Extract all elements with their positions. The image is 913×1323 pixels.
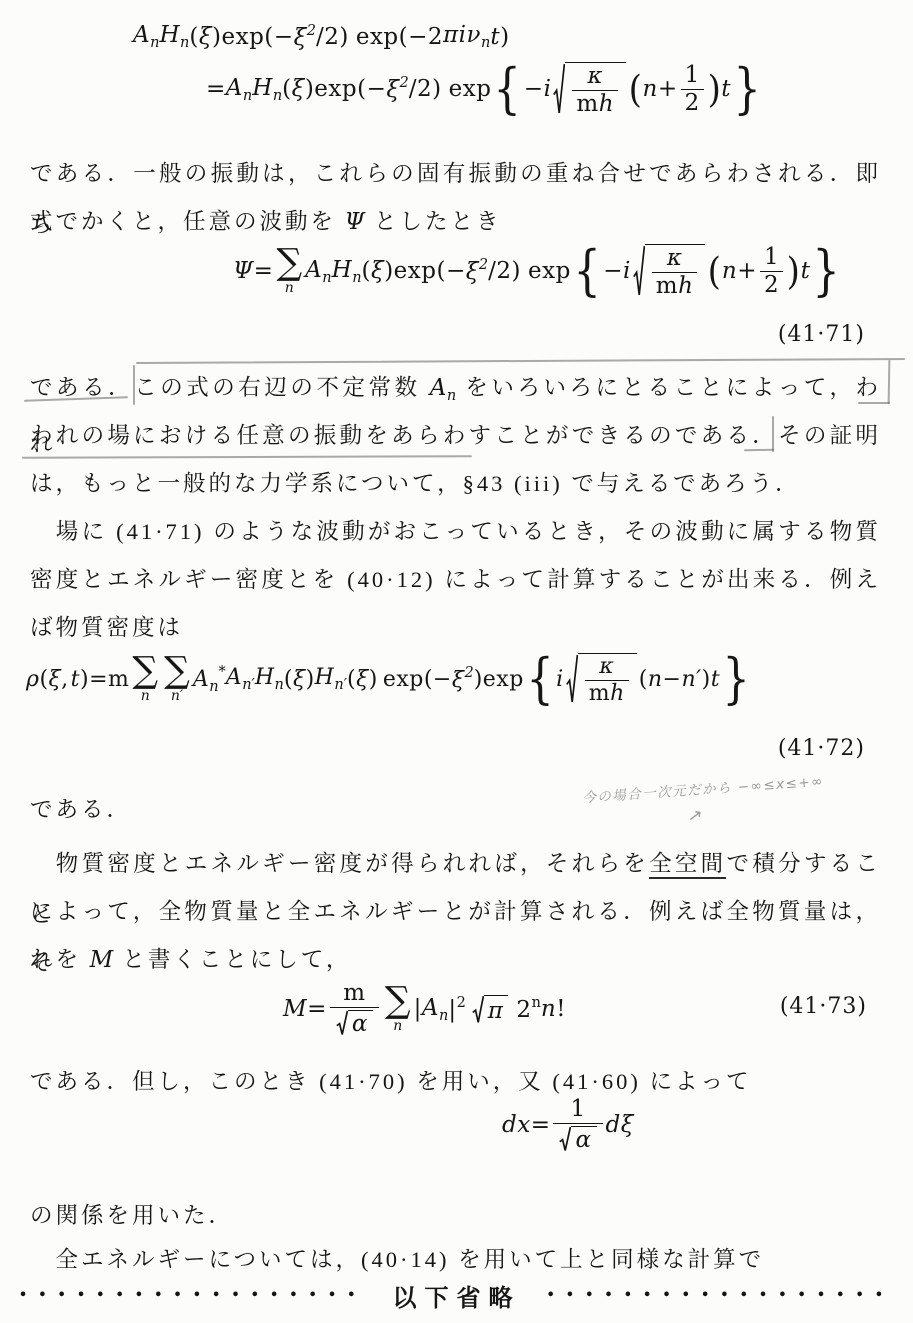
sum-index: n — [285, 281, 294, 295]
sum-index: n′ — [171, 689, 183, 703]
math-roman: )exp(− — [384, 258, 466, 284]
omitted-line: ••••••••••••••••••以下省略•••••••••••••••••• — [0, 1278, 913, 1313]
math-italic: κ — [599, 656, 614, 678]
delimiter: { — [494, 62, 521, 116]
square-root: π — [472, 995, 509, 1024]
jp-text: 式でかくと，任意の波動を — [30, 209, 345, 234]
math-sup: 2 — [400, 75, 409, 91]
fraction: 1α — [553, 1098, 602, 1152]
jp-text: である． — [30, 797, 132, 822]
math-sub: n′ — [334, 677, 347, 693]
eq-41-73: M=mα∑n|An|2π2nn! — [283, 982, 566, 1036]
math-roman: m — [589, 683, 610, 705]
paragraph-6: である．但し，このとき (41·70) を用い，又 (41·60) によって — [30, 1058, 881, 1106]
math-italic: n — [648, 667, 663, 692]
radicand: π — [484, 995, 509, 1024]
numerator: κ — [585, 656, 629, 681]
fraction: κmh — [572, 65, 618, 116]
eq-41-72: ρ(ξ,t)=m∑n∑n′An*An′Hn(ξ)Hn′(ξ)exp(−ξ2)ex… — [26, 652, 752, 706]
text-line: は，もっと一般的な力学系について，§43 (iii) で与えるであろう． — [30, 460, 881, 508]
math-roman: = — [206, 76, 226, 102]
pencil-mark — [888, 360, 891, 404]
eq-41-71: Ψ=∑nAnHn(ξ)exp(−ξ2/2)exp{−iκmh(n+12)t} — [233, 244, 843, 298]
math-italic: Hn — [255, 665, 284, 693]
math-roman: |2 — [448, 995, 465, 1023]
delimiter: } — [813, 244, 840, 298]
math-roman: ( — [362, 258, 371, 284]
text-line: われの場における任意の振動をあらわすことができるのである．その証明 — [30, 412, 881, 460]
pencil-mark — [858, 402, 890, 404]
math-italic: Ψ — [345, 209, 366, 235]
text-line: 式でかくと，任意の波動を Ψ としたとき — [30, 198, 881, 246]
math-italic: ξ2 — [294, 23, 316, 51]
math-roman: 2n — [516, 995, 540, 1023]
math-roman: ( — [282, 76, 291, 102]
jp-text: 密度とエネルギー密度とを (40·12) によって計算することが出来る．例え — [30, 567, 881, 592]
numerator: κ — [652, 247, 698, 273]
jp-text: は，もっと一般的な力学系について，§43 (iii) で与えるであろう． — [30, 471, 801, 496]
math-roman: /2) — [409, 76, 442, 102]
math-sup: * — [219, 664, 226, 680]
radicand: κmh — [645, 244, 706, 298]
math-italic: An — [422, 995, 448, 1024]
sum-index: n — [141, 689, 150, 703]
scan-page: AnHn(ξ)exp(−ξ2/2)exp(−2πiνnt)=AnHn(ξ)exp… — [0, 0, 913, 1323]
eq-top-line1: AnHn(ξ)exp(−ξ2/2)exp(−2πiνnt) — [133, 22, 510, 51]
denominator: mh — [572, 91, 618, 116]
math-italic: ξ — [49, 667, 62, 692]
text-line: 物質密度とエネルギー密度が得られれば，それらを全空間で積分すること — [30, 840, 881, 888]
eq-top-line2: =AnHn(ξ)exp(−ξ2/2)exp{−iκmh(n+12)t} — [206, 62, 763, 116]
radical-icon — [559, 1126, 571, 1152]
math-italic: n — [541, 996, 556, 1022]
math-sub: n — [322, 270, 331, 286]
square-root: κmh — [566, 653, 637, 705]
delimiter: { — [526, 652, 553, 706]
math-roman: 1 — [685, 64, 700, 87]
numerator: 1 — [553, 1098, 602, 1124]
math-sub: n — [352, 270, 361, 286]
jp-text: の関係を用いた． — [30, 1203, 234, 1228]
text-line: ば物質密度は — [30, 604, 881, 652]
radical-icon — [566, 653, 578, 705]
math-italic: t — [490, 24, 500, 50]
math-roman: − — [663, 667, 682, 692]
jp-text: としたとき — [365, 209, 501, 234]
fraction: κmh — [585, 656, 629, 705]
paragraph-8: 全エネルギーについては，(40·14) を用いて上と同様な計算で — [30, 1236, 881, 1284]
denominator: α — [330, 1008, 379, 1036]
math-italic: t — [711, 667, 720, 692]
math-roman: 1 — [570, 1098, 585, 1121]
paragraph-2: である．この式の右辺の不定常数 An をいろいろにとることによって，われわれの場… — [30, 364, 881, 508]
eqnum-41-71: (41·71) — [778, 322, 865, 347]
text-line: 全エネルギーについては，(40·14) を用いて上と同様な計算で — [30, 1236, 881, 1284]
math-italic: h — [599, 93, 614, 116]
summation: ∑n′ — [164, 655, 190, 702]
math-sub: n — [481, 35, 490, 51]
math-italic: π — [488, 998, 504, 1024]
radical-icon — [553, 62, 565, 116]
math-italic: κ — [667, 247, 683, 270]
math-italic: i — [623, 258, 631, 284]
math-roman: /2) — [316, 24, 349, 50]
pencil-mark — [133, 365, 135, 405]
math-roman: m — [343, 982, 365, 1005]
math-sub: n — [209, 679, 218, 695]
math-roman: m — [576, 93, 598, 116]
dots-left: •••••••••••••••••• — [19, 1288, 367, 1303]
denominator: 2 — [681, 90, 704, 115]
paragraph-1: である．一般の振動は，これらの固有振動の重ね合せであらわされる．即ち式でかくと，… — [30, 150, 881, 246]
delimiter: ) — [787, 253, 800, 290]
square-root: α — [336, 1010, 373, 1036]
math-roman: = — [307, 996, 327, 1022]
math-roman: ) — [500, 24, 509, 50]
math-roman: )exp — [474, 667, 524, 692]
summation: ∑n — [385, 985, 411, 1032]
math-italic: M — [283, 996, 307, 1022]
text-line: である．この式の右辺の不定常数 An をいろいろにとることによって，われ — [30, 364, 881, 412]
math-italic: πiνn — [443, 22, 490, 51]
delimiter: { — [573, 244, 600, 298]
math-italic: Hn — [332, 257, 362, 286]
math-italic: ξ2 — [386, 75, 408, 103]
eq-dx: dx=1αdξ — [502, 1098, 634, 1152]
math-roman: ) — [306, 667, 315, 692]
math-roman: ( — [639, 667, 648, 692]
math-roman: ! — [556, 996, 566, 1022]
math-sub: n — [243, 88, 252, 104]
square-root: κmh — [633, 244, 706, 298]
text-line: 密度とエネルギー密度とを (40·12) によって計算することが出来る．例え — [30, 556, 881, 604]
sigma-glyph: ∑ — [132, 655, 158, 687]
jp-text: 場に (41·71) のような波動がおこっているとき，その波動に属する物質 — [30, 519, 881, 544]
math-sup: 2 — [307, 23, 316, 39]
math-italic: M — [90, 947, 114, 973]
eqnum-41-73: (41·73) — [780, 994, 867, 1019]
math-italic: α — [575, 1129, 591, 1152]
math-italic: Ψ — [233, 258, 254, 284]
math-italic: Hn′ — [315, 665, 347, 693]
math-italic: n′ — [681, 667, 701, 692]
jp-text: ば物質密度は — [30, 615, 183, 640]
paragraph-7: の関係を用いた． — [30, 1192, 881, 1240]
math-roman: )exp(− — [305, 76, 387, 102]
math-roman: ( — [284, 667, 293, 692]
text-line: である．一般の振動は，これらの固有振動の重ね合せであらわされる．即ち — [30, 150, 881, 198]
math-italic: An — [226, 75, 252, 104]
fraction: mα — [330, 982, 379, 1036]
jp-text: われの場における任意の振動をあらわすことができるのである．その証明 — [30, 423, 881, 448]
math-roman: + — [737, 258, 757, 284]
text-line: によって，全物質量と全エネルギーとが計算される．例えば全物質量は，そ — [30, 888, 881, 936]
math-roman: ( — [189, 24, 198, 50]
math-roman: 2 — [685, 92, 700, 115]
delimiter: ) — [707, 71, 720, 108]
math-roman: m — [108, 667, 129, 692]
numerator: κ — [572, 65, 618, 91]
delimiter: } — [733, 62, 760, 116]
math-italic: ξ2 — [466, 257, 488, 285]
math-sub: n — [447, 388, 456, 404]
radical-icon — [633, 244, 645, 298]
text-line: の関係を用いた． — [30, 1192, 881, 1240]
handwritten-arrow-icon: ↗ — [687, 805, 704, 827]
math-italic: κ — [587, 65, 603, 88]
denominator: α — [553, 1124, 602, 1152]
jp-text: れを — [30, 947, 90, 972]
math-roman: exp — [449, 76, 492, 102]
delimiter: ( — [629, 71, 642, 108]
math-roman: exp(−2 — [356, 24, 443, 50]
math-sub: n — [180, 35, 189, 51]
delimiter: ( — [708, 253, 721, 290]
sigma-glyph: ∑ — [276, 247, 302, 279]
math-sub: n — [273, 88, 282, 104]
math-roman: 1 — [764, 246, 779, 269]
numerator: m — [330, 982, 379, 1008]
fraction: 12 — [681, 64, 704, 115]
paragraph-5: 物質密度とエネルギー密度が得られれば，それらを全空間で積分することによって，全物… — [30, 840, 881, 984]
radicand: α — [348, 1010, 373, 1036]
math-italic: ξ — [292, 76, 305, 102]
math-roman: ( — [347, 667, 356, 692]
math-italic: An — [305, 257, 331, 286]
math-roman: = — [531, 1112, 551, 1138]
math-italic: ξ2 — [452, 665, 474, 693]
denominator: mh — [585, 681, 629, 705]
fraction: 12 — [760, 246, 783, 297]
math-italic: n — [722, 258, 737, 284]
math-italic: h — [678, 275, 693, 298]
math-roman: ) — [369, 667, 378, 692]
jp-text: 物質密度とエネルギー密度が得られれば，それらを — [30, 851, 649, 876]
jp-text: 全エネルギーについては，(40·14) を用いて上と同様な計算で — [30, 1247, 764, 1272]
math-roman: )exp(− — [212, 24, 294, 50]
math-sub: n′ — [242, 677, 255, 693]
math-italic: An′ — [226, 665, 255, 693]
math-roman: 2 — [764, 274, 779, 297]
math-italic: ξ — [199, 24, 212, 50]
math-roman: + — [658, 76, 678, 102]
math-roman: = — [254, 258, 274, 284]
math-roman: exp(− — [383, 667, 452, 692]
math-roman: | — [414, 996, 422, 1022]
math-italic: t — [801, 258, 811, 284]
math-italic: Hn — [159, 22, 189, 51]
jp-text: である．但し，このとき (41·70) を用い，又 (41·60) によって — [30, 1069, 751, 1094]
jp-text-underlined: 全空間 — [649, 851, 726, 879]
math-italic: ρ — [26, 667, 39, 692]
math-sup: n — [532, 995, 541, 1011]
fraction: κmh — [652, 247, 698, 298]
text-line: れを M と書くことにして， — [30, 936, 881, 984]
math-italic: n — [643, 76, 658, 102]
math-italic: i — [544, 76, 552, 102]
dots-right: •••••••••••••••••• — [547, 1288, 895, 1303]
math-italic: ξ — [356, 667, 369, 692]
denominator: mh — [652, 273, 698, 298]
math-italic: ξ — [293, 667, 306, 692]
radicand: α — [571, 1126, 596, 1152]
omitted-label: 以下省略 — [393, 1278, 521, 1313]
jp-text: である．この式の右辺の不定常数 — [30, 375, 430, 400]
delimiter: } — [722, 652, 749, 706]
math-roman: , — [61, 667, 69, 692]
math-italic: i — [556, 667, 564, 692]
paragraph-3: 場に (41·71) のような波動がおこっているとき，その波動に属する物質密度と… — [30, 508, 881, 652]
math-sub: n — [275, 677, 284, 693]
radical-icon — [472, 995, 484, 1024]
jp-text: と書くことにして， — [114, 947, 352, 972]
math-roman: m — [656, 275, 678, 298]
math-roman: /2) — [488, 258, 521, 284]
math-roman: − — [603, 258, 623, 284]
math-italic: t — [71, 667, 80, 692]
math-italic: dx — [502, 1112, 531, 1138]
square-root: κmh — [553, 62, 626, 116]
math-italic: An* — [193, 664, 226, 695]
math-roman: )= — [80, 667, 108, 692]
text-line: である．但し，このとき (41·70) を用い，又 (41·60) によって — [30, 1058, 881, 1106]
math-sub: n — [439, 1008, 448, 1024]
numerator: 1 — [681, 64, 704, 90]
sigma-glyph: ∑ — [385, 985, 411, 1017]
summation: ∑n — [276, 247, 302, 294]
sum-index: n — [393, 1019, 402, 1033]
math-italic: α — [352, 1013, 368, 1036]
math-italic: ξ — [371, 258, 384, 284]
eqnum-41-72: (41·72) — [778, 736, 865, 761]
math-italic: Hn — [252, 75, 282, 104]
square-root: α — [559, 1126, 596, 1152]
sigma-glyph: ∑ — [164, 655, 190, 687]
radical-icon — [336, 1010, 348, 1036]
math-italic: An — [133, 22, 159, 51]
math-italic: h — [610, 683, 625, 705]
math-italic: t — [721, 76, 731, 102]
math-italic: dξ — [606, 1112, 634, 1138]
pencil-mark — [772, 416, 774, 452]
math-roman: exp — [528, 258, 571, 284]
math-roman: − — [524, 76, 544, 102]
numerator: 1 — [760, 246, 783, 272]
radicand: κmh — [565, 62, 626, 116]
math-sup: 2 — [457, 995, 466, 1011]
radicand: κmh — [578, 653, 637, 705]
summation: ∑n — [132, 655, 158, 702]
math-italic: An — [430, 375, 456, 401]
math-roman: ( — [39, 667, 48, 692]
math-sup: 2 — [479, 257, 488, 273]
text-line: 場に (41·71) のような波動がおこっているとき，その波動に属する物質 — [30, 508, 881, 556]
math-roman: ) — [702, 667, 711, 692]
denominator: 2 — [760, 272, 783, 297]
math-sup: 2 — [464, 665, 473, 681]
